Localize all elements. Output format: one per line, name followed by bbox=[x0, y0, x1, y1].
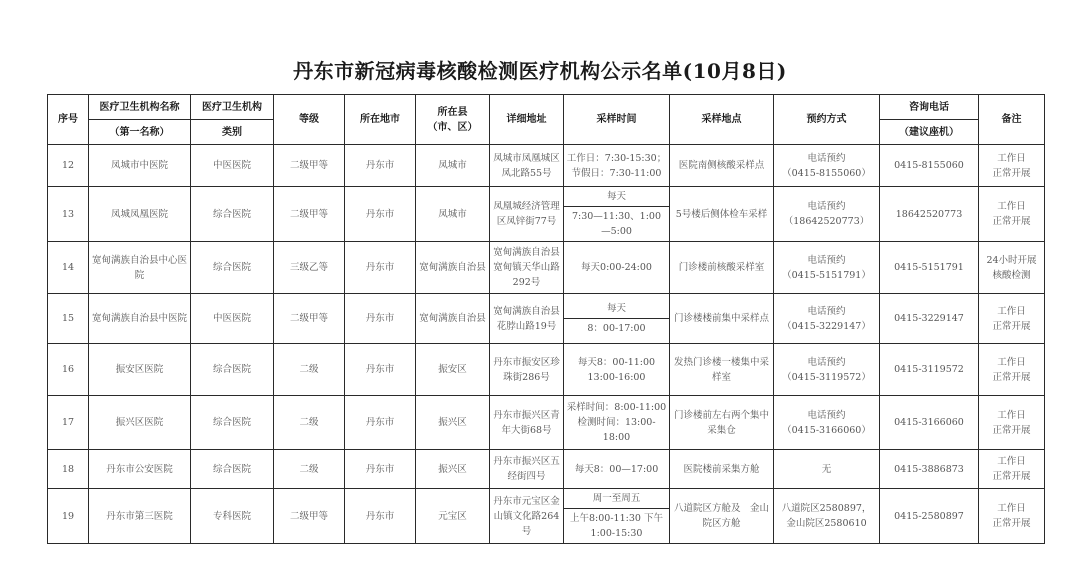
time-hours: 7:30—11:30、1:00—5:00 bbox=[566, 207, 667, 241]
header-city: 所在地市 bbox=[345, 95, 416, 145]
cell-type: 综合医院 bbox=[191, 242, 274, 294]
cell-name: 丹东市第三医院 bbox=[89, 489, 191, 544]
cell-phone: 0415-5151791 bbox=[880, 242, 979, 294]
cell-county: 凤城市 bbox=[416, 187, 490, 242]
table-row: 12 凤城市中医院 中医医院 二级甲等 丹东市 凤城市 凤城市凤凰城区凤北路55… bbox=[48, 145, 1045, 187]
cell-phone: 0415-8155060 bbox=[880, 145, 979, 187]
cell-level: 二级 bbox=[274, 396, 345, 450]
header-time: 采样时间 bbox=[564, 95, 670, 145]
cell-place: 门诊楼前左右两个集中采集仓 bbox=[670, 396, 774, 450]
cell-name: 凤城市中医院 bbox=[89, 145, 191, 187]
cell-time: 采样时间：8:00-11:00 检测时间：13:00-18:00 bbox=[564, 396, 670, 450]
note-line-2: 正常开展 bbox=[981, 370, 1042, 385]
page-title: 丹东市新冠病毒核酸检测医疗机构公示名单(10月8日) bbox=[0, 55, 1080, 84]
header-county: 所在县 （市、区） bbox=[416, 95, 490, 145]
cell-note: 工作日 正常开展 bbox=[979, 489, 1045, 544]
header-note: 备注 bbox=[979, 95, 1045, 145]
booking-number: （0415-3229147） bbox=[776, 319, 877, 334]
note-line-2: 正常开展 bbox=[981, 214, 1042, 229]
cell-level: 三级乙等 bbox=[274, 242, 345, 294]
booking-method: 电话预约 bbox=[776, 408, 877, 423]
cell-city: 丹东市 bbox=[345, 242, 416, 294]
cell-booking: 电话预约 （0415-5151791） bbox=[774, 242, 880, 294]
cell-place: 医院南侧核酸采样点 bbox=[670, 145, 774, 187]
booking-number: （0415-3166060） bbox=[776, 423, 877, 438]
cell-type: 综合医院 bbox=[191, 344, 274, 396]
cell-phone: 0415-3166060 bbox=[880, 396, 979, 450]
note-line-1: 工作日 bbox=[981, 199, 1042, 214]
cell-address: 宽甸满族自治县宽甸镇天华山路292号 bbox=[490, 242, 564, 294]
cell-city: 丹东市 bbox=[345, 344, 416, 396]
cell-time: 每天 7:30—11:30、1:00—5:00 bbox=[564, 187, 670, 242]
header-place: 采样地点 bbox=[670, 95, 774, 145]
cell-level: 二级甲等 bbox=[274, 187, 345, 242]
header-level: 等级 bbox=[274, 95, 345, 145]
booking-number: （18642520773） bbox=[776, 214, 877, 229]
cell-note: 工作日 正常开展 bbox=[979, 396, 1045, 450]
header-name-top: 医疗卫生机构名称 bbox=[89, 95, 191, 120]
cell-time: 每天0:00-24:00 bbox=[564, 242, 670, 294]
cell-address: 宽甸满族自治县花脖山路19号 bbox=[490, 294, 564, 344]
cell-seq: 14 bbox=[48, 242, 89, 294]
cell-address: 丹东市元宝区金山镇文化路264号 bbox=[490, 489, 564, 544]
cell-seq: 18 bbox=[48, 450, 89, 489]
cell-booking: 电话预约 （0415-3229147） bbox=[774, 294, 880, 344]
cell-level: 二级 bbox=[274, 344, 345, 396]
cell-phone: 0415-3119572 bbox=[880, 344, 979, 396]
cell-seq: 16 bbox=[48, 344, 89, 396]
booking-number: （0415-8155060） bbox=[776, 166, 877, 181]
header-booking: 预约方式 bbox=[774, 95, 880, 145]
table-row: 14 宽甸满族自治县中心医院 综合医院 三级乙等 丹东市 宽甸满族自治县 宽甸满… bbox=[48, 242, 1045, 294]
cell-note: 工作日 正常开展 bbox=[979, 294, 1045, 344]
cell-place: 门诊楼楼前集中采样点 bbox=[670, 294, 774, 344]
cell-city: 丹东市 bbox=[345, 187, 416, 242]
cell-county: 振兴区 bbox=[416, 450, 490, 489]
cell-county: 宽甸满族自治县 bbox=[416, 242, 490, 294]
cell-time: 工作日：7:30-15:30；节假日：7:30-11:00 bbox=[564, 145, 670, 187]
cell-seq: 19 bbox=[48, 489, 89, 544]
cell-county: 元宝区 bbox=[416, 489, 490, 544]
booking-method: 无 bbox=[776, 462, 877, 477]
cell-phone: 0415-2580897 bbox=[880, 489, 979, 544]
note-line-2: 核酸检测 bbox=[981, 268, 1042, 283]
cell-place: 5号楼后侧体检车采样 bbox=[670, 187, 774, 242]
cell-name: 振兴区医院 bbox=[89, 396, 191, 450]
cell-county: 凤城市 bbox=[416, 145, 490, 187]
cell-booking: 电话预约 （18642520773） bbox=[774, 187, 880, 242]
booking-number: （0415-5151791） bbox=[776, 268, 877, 283]
table-row: 16 振安区医院 综合医院 二级 丹东市 振安区 丹东市振安区珍珠街286号 每… bbox=[48, 344, 1045, 396]
cell-time: 每天8：00—17:00 bbox=[564, 450, 670, 489]
cell-booking: 八道院区2580897， 金山院区2580610 bbox=[774, 489, 880, 544]
note-line-1: 工作日 bbox=[981, 454, 1042, 469]
booking-method: 八道院区2580897， bbox=[776, 501, 877, 516]
booking-number: （0415-3119572） bbox=[776, 370, 877, 385]
time-days: 每天 bbox=[564, 299, 669, 319]
institution-table: 序号 医疗卫生机构名称 医疗卫生机构 等级 所在地市 所在县 （市、区） 详细地… bbox=[47, 94, 1045, 544]
cell-phone: 18642520773 bbox=[880, 187, 979, 242]
note-line-1: 工作日 bbox=[981, 355, 1042, 370]
cell-name: 丹东市公安医院 bbox=[89, 450, 191, 489]
cell-type: 中医医院 bbox=[191, 145, 274, 187]
cell-seq: 17 bbox=[48, 396, 89, 450]
cell-note: 工作日 正常开展 bbox=[979, 145, 1045, 187]
cell-county: 振兴区 bbox=[416, 396, 490, 450]
cell-name: 凤城凤凰医院 bbox=[89, 187, 191, 242]
time-days: 每天 bbox=[564, 187, 669, 207]
cell-note: 工作日 正常开展 bbox=[979, 344, 1045, 396]
booking-method: 电话预约 bbox=[776, 253, 877, 268]
cell-city: 丹东市 bbox=[345, 145, 416, 187]
header-county-bottom: （市、区） bbox=[418, 120, 487, 135]
header-county-top: 所在县 bbox=[418, 105, 487, 120]
header-type-top: 医疗卫生机构 bbox=[191, 95, 274, 120]
cell-booking: 电话预约 （0415-8155060） bbox=[774, 145, 880, 187]
cell-name: 振安区医院 bbox=[89, 344, 191, 396]
note-line-2: 正常开展 bbox=[981, 423, 1042, 438]
booking-method: 电话预约 bbox=[776, 151, 877, 166]
note-line-1: 工作日 bbox=[981, 151, 1042, 166]
cell-type: 综合医院 bbox=[191, 396, 274, 450]
header-phone-bottom: （建议座机） bbox=[880, 120, 979, 145]
header-name-bottom: （第一名称） bbox=[89, 120, 191, 145]
note-line-2: 正常开展 bbox=[981, 319, 1042, 334]
header-address: 详细地址 bbox=[490, 95, 564, 145]
table-row: 15 宽甸满族自治县中医院 中医医院 二级甲等 丹东市 宽甸满族自治县 宽甸满族… bbox=[48, 294, 1045, 344]
booking-method: 电话预约 bbox=[776, 199, 877, 214]
cell-address: 丹东市振兴区青年大街68号 bbox=[490, 396, 564, 450]
table-row: 19 丹东市第三医院 专科医院 二级甲等 丹东市 元宝区 丹东市元宝区金山镇文化… bbox=[48, 489, 1045, 544]
cell-address: 丹东市振兴区五经街四号 bbox=[490, 450, 564, 489]
cell-county: 振安区 bbox=[416, 344, 490, 396]
booking-number: 金山院区2580610 bbox=[776, 516, 877, 531]
cell-level: 二级甲等 bbox=[274, 145, 345, 187]
cell-time: 周一至周五 上午8:00-11:30 下午1:00-15:30 bbox=[564, 489, 670, 544]
cell-city: 丹东市 bbox=[345, 489, 416, 544]
cell-phone: 0415-3886873 bbox=[880, 450, 979, 489]
header-phone-top: 咨询电话 bbox=[880, 95, 979, 120]
cell-county: 宽甸满族自治县 bbox=[416, 294, 490, 344]
cell-phone: 0415-3229147 bbox=[880, 294, 979, 344]
table-row: 13 凤城凤凰医院 综合医院 二级甲等 丹东市 凤城市 凤凰城经济管理区凤锌街7… bbox=[48, 187, 1045, 242]
cell-note: 工作日 正常开展 bbox=[979, 187, 1045, 242]
cell-booking: 电话预约 （0415-3119572） bbox=[774, 344, 880, 396]
cell-seq: 12 bbox=[48, 145, 89, 187]
time-hours: 8：00-17:00 bbox=[566, 319, 667, 338]
note-line-1: 工作日 bbox=[981, 408, 1042, 423]
table-row: 18 丹东市公安医院 综合医院 二级 丹东市 振兴区 丹东市振兴区五经街四号 每… bbox=[48, 450, 1045, 489]
cell-city: 丹东市 bbox=[345, 294, 416, 344]
header-seq: 序号 bbox=[48, 95, 89, 145]
cell-place: 发热门诊楼一楼集中采样室 bbox=[670, 344, 774, 396]
cell-address: 凤城市凤凰城区凤北路55号 bbox=[490, 145, 564, 187]
note-line-1: 工作日 bbox=[981, 304, 1042, 319]
cell-time: 每天 8：00-17:00 bbox=[564, 294, 670, 344]
cell-place: 门诊楼前核酸采样室 bbox=[670, 242, 774, 294]
cell-type: 中医医院 bbox=[191, 294, 274, 344]
cell-level: 二级 bbox=[274, 450, 345, 489]
time-days: 周一至周五 bbox=[564, 489, 669, 509]
cell-seq: 13 bbox=[48, 187, 89, 242]
note-line-1: 工作日 bbox=[981, 501, 1042, 516]
table-row: 17 振兴区医院 综合医院 二级 丹东市 振兴区 丹东市振兴区青年大街68号 采… bbox=[48, 396, 1045, 450]
cell-note: 工作日 正常开展 bbox=[979, 450, 1045, 489]
cell-level: 二级甲等 bbox=[274, 489, 345, 544]
note-line-1: 24小时开展 bbox=[981, 253, 1042, 268]
cell-type: 综合医院 bbox=[191, 450, 274, 489]
cell-address: 丹东市振安区珍珠街286号 bbox=[490, 344, 564, 396]
booking-method: 电话预约 bbox=[776, 304, 877, 319]
cell-city: 丹东市 bbox=[345, 450, 416, 489]
cell-name: 宽甸满族自治县中医院 bbox=[89, 294, 191, 344]
cell-type: 综合医院 bbox=[191, 187, 274, 242]
cell-seq: 15 bbox=[48, 294, 89, 344]
note-line-2: 正常开展 bbox=[981, 166, 1042, 181]
cell-name: 宽甸满族自治县中心医院 bbox=[89, 242, 191, 294]
cell-place: 八道院区方舱及 金山院区方舱 bbox=[670, 489, 774, 544]
cell-booking: 无 bbox=[774, 450, 880, 489]
cell-note: 24小时开展 核酸检测 bbox=[979, 242, 1045, 294]
booking-method: 电话预约 bbox=[776, 355, 877, 370]
cell-level: 二级甲等 bbox=[274, 294, 345, 344]
cell-address: 凤凰城经济管理区凤锌街77号 bbox=[490, 187, 564, 242]
cell-booking: 电话预约 （0415-3166060） bbox=[774, 396, 880, 450]
header-type-bottom: 类别 bbox=[191, 120, 274, 145]
cell-time: 每天8：00-11:00 13:00-16:00 bbox=[564, 344, 670, 396]
note-line-2: 正常开展 bbox=[981, 469, 1042, 484]
note-line-2: 正常开展 bbox=[981, 516, 1042, 531]
cell-place: 医院楼前采集方舱 bbox=[670, 450, 774, 489]
cell-type: 专科医院 bbox=[191, 489, 274, 544]
time-hours: 上午8:00-11:30 下午1:00-15:30 bbox=[566, 509, 667, 543]
cell-city: 丹东市 bbox=[345, 396, 416, 450]
